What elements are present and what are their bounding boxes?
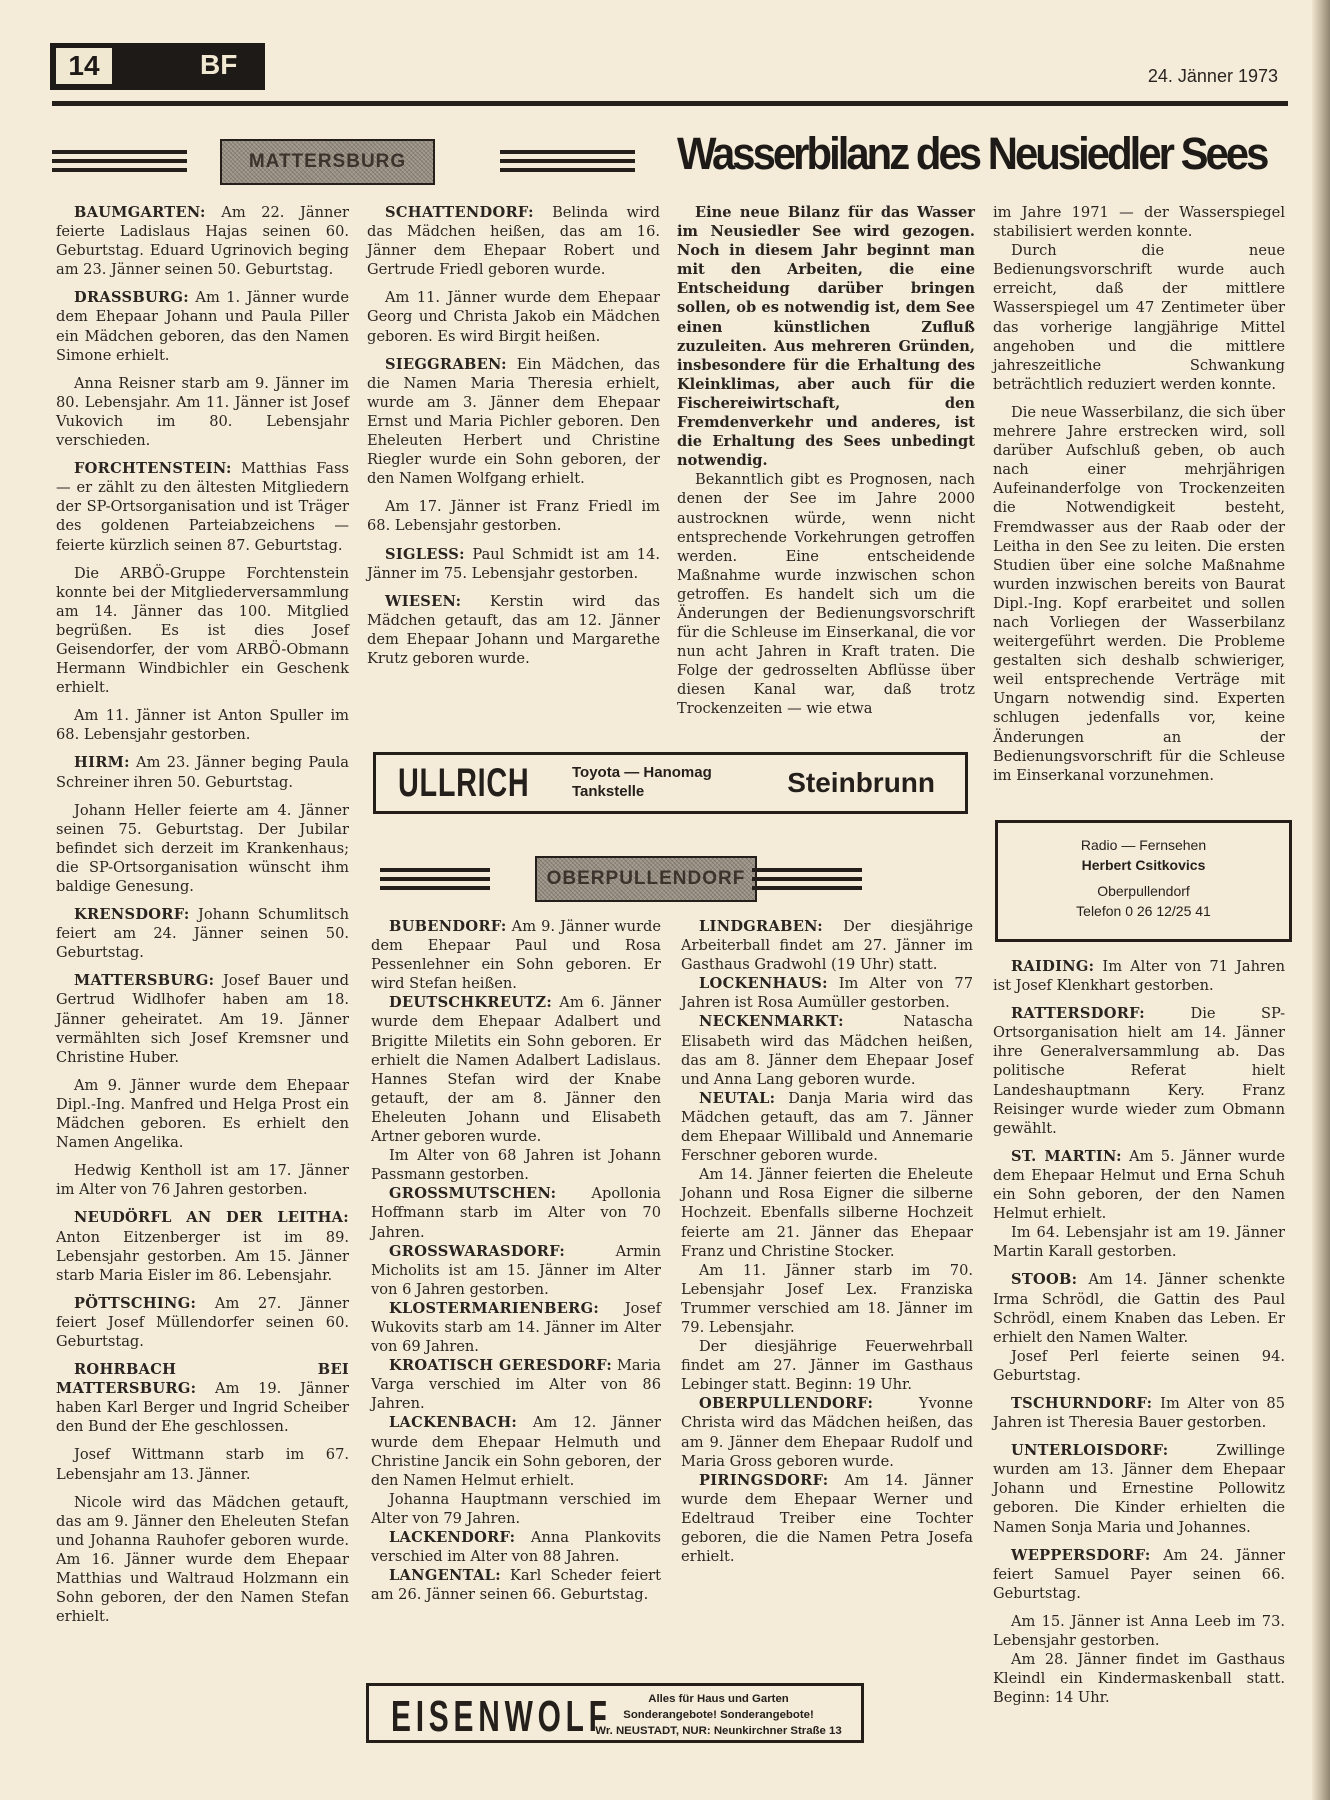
article-column-1: Eine neue Bilanz für das Wasser im Neusi… <box>677 203 975 719</box>
news-text: Am 28. Jänner findet im Gasthaus Kleindl… <box>993 1650 1285 1707</box>
place-name: HIRM: <box>74 754 130 771</box>
place-name: NEUTAL: <box>699 1090 775 1107</box>
section-banner-oberpullendorf: OBERPULLENDORF <box>535 856 757 902</box>
news-text: Die ARBÖ-Gruppe Forchtenstein konnte bei… <box>56 564 349 698</box>
place-name: OBERPULLENDORF: <box>699 1395 873 1412</box>
ad-services: Toyota — Hanomag Tankstelle <box>572 763 712 801</box>
news-text: Die SP-Ortsorganisation hielt am 14. Jän… <box>993 1005 1285 1137</box>
news-text: Im Alter von 68 Jahren ist Johann Passma… <box>371 1146 661 1184</box>
news-text: Anna Reisner starb am 9. Jänner im 80. L… <box>56 374 349 450</box>
ad-info: Alles für Haus und Garten Sonderangebote… <box>581 1691 856 1739</box>
place-name: LINDGRABEN: <box>699 918 823 935</box>
banner-rule-left <box>52 150 187 172</box>
ad-brand: ULLRICH <box>398 761 529 806</box>
news-text: Ein Mädchen, das die Namen Maria Theresi… <box>367 356 660 488</box>
banner-rule-left <box>380 868 490 890</box>
place-name: UNTERLOISDORF: <box>1011 1442 1168 1459</box>
place-name: LACKENDORF: <box>389 1529 515 1546</box>
place-name: BAUMGARTEN: <box>74 204 206 221</box>
news-text: Am 6. Jänner wurde dem Ehepaar Adalbert … <box>371 994 661 1145</box>
issue-date: 24. Jänner 1973 <box>1148 66 1278 87</box>
header-rule <box>52 101 1288 106</box>
news-text: Hedwig Kentholl ist am 17. Jänner im Alt… <box>56 1161 349 1199</box>
place-name: KLOSTERMARIENBERG: <box>389 1300 599 1317</box>
place-name: ST. MARTIN: <box>1011 1148 1122 1165</box>
column-oberpullendorf-1: BUBENDORF: Am 9. Jänner wurde dem Ehepaa… <box>371 917 661 1604</box>
article-lead: Eine neue Bilanz für das Wasser im Neusi… <box>677 203 975 470</box>
article-text: im Jahre 1971 — der Wasserspiegel stabil… <box>993 203 1285 241</box>
news-text: Josef Perl feierte seinen 94. Geburtstag… <box>993 1347 1285 1385</box>
place-name: SIEGGRABEN: <box>385 356 507 373</box>
ad-address: Wr. NEUSTADT, NUR: Neunkirchner Straße 1… <box>581 1723 856 1739</box>
place-name: NEUDÖRFL AN DER LEITHA: <box>74 1209 349 1226</box>
place-name: GROSSMUTSCHEN: <box>389 1185 556 1202</box>
place-name: PIRINGSDORF: <box>699 1472 828 1489</box>
news-text: Am 17. Jänner ist Franz Friedl im 68. Le… <box>367 497 660 535</box>
news-text: Am 11. Jänner starb im 70. Lebensjahr Jo… <box>681 1261 973 1337</box>
place-name: RATTERSDORF: <box>1011 1005 1145 1022</box>
ad-line: Alles für Haus und Garten <box>581 1691 856 1707</box>
news-text: Am 9. Jänner wurde dem Ehepaar Dipl.-Ing… <box>56 1076 349 1152</box>
article-text: Bekanntlich gibt es Prognosen, nach dene… <box>677 470 975 718</box>
place-name: SIGLESS: <box>385 546 465 563</box>
column-mattersburg-1: BAUMGARTEN: Am 22. Jänner feierte Ladisl… <box>56 203 349 1626</box>
banner-rule-right <box>500 150 635 172</box>
place-name: WIESEN: <box>385 593 461 610</box>
place-name: DRASSBURG: <box>74 289 189 306</box>
ad-phone: Telefon 0 26 12/25 41 <box>998 901 1289 921</box>
article-text: Durch die neue Bedienungsvorschrift wurd… <box>993 241 1285 394</box>
place-name: PÖTTSCHING: <box>74 1295 196 1312</box>
page-edge-shadow <box>1312 0 1330 1800</box>
section-banner-mattersburg: MATTERSBURG <box>220 139 435 185</box>
place-name: DEUTSCHKREUTZ: <box>389 994 552 1011</box>
place-name: NECKENMARKT: <box>699 1013 844 1030</box>
place-name: GROSSWARASDORF: <box>389 1243 565 1260</box>
place-name: MATTERSBURG: <box>74 972 214 989</box>
ad-name: Herbert Csitkovics <box>998 855 1289 875</box>
article-text: Die neue Wasserbilanz, die sich über meh… <box>993 403 1285 785</box>
article-column-2: im Jahre 1971 — der Wasserspiegel stabil… <box>993 203 1285 785</box>
place-name: KROATISCH GERESDORF: <box>389 1357 612 1374</box>
news-text: Am 11. Jänner wurde dem Ehepaar Georg un… <box>367 288 660 345</box>
news-text: Johann Heller feierte am 4. Jänner seine… <box>56 801 349 896</box>
place-name: STOOB: <box>1011 1271 1077 1288</box>
section-code: BF <box>200 49 237 81</box>
ad-line: Radio — Fernsehen <box>998 835 1289 855</box>
column-oberpullendorf-3: RAIDING: Im Alter von 71 Jahren ist Jose… <box>993 957 1285 1707</box>
place-name: BUBENDORF: <box>389 918 507 935</box>
place-name: LACKENBACH: <box>389 1414 517 1431</box>
place-name: KRENSDORF: <box>74 906 190 923</box>
place-name: TSCHURNDORF: <box>1011 1395 1152 1412</box>
ad-radio-csitkovics: Radio — Fernsehen Herbert Csitkovics Obe… <box>995 820 1292 942</box>
place-name: RAIDING: <box>1011 958 1094 975</box>
ad-line: Tankstelle <box>572 782 712 801</box>
place-name: SCHATTENDORF: <box>385 204 534 221</box>
news-text: Anton Eitzenberger ist im 89. Lebensjahr… <box>56 1229 349 1284</box>
news-text: Am 15. Jänner ist Anna Leeb im 73. Leben… <box>993 1612 1285 1650</box>
ad-line: Sonderangebote! Sonderangebote! <box>581 1707 856 1723</box>
news-text: Der diesjährige Feuerwehrball findet am … <box>681 1337 973 1394</box>
page-header-box: 14 BF <box>50 43 265 90</box>
banner-rule-right <box>752 868 862 890</box>
place-name: LOCKENHAUS: <box>699 975 828 992</box>
ad-town: Oberpullendorf <box>998 881 1289 901</box>
ad-town: Steinbrunn <box>787 767 935 799</box>
place-name: WEPPERSDORF: <box>1011 1547 1151 1564</box>
place-name: FORCHTENSTEIN: <box>74 460 232 477</box>
column-mattersburg-2: SCHATTENDORF: Belinda wird das Mädchen h… <box>367 203 660 668</box>
column-oberpullendorf-2: LINDGRABEN: Der diesjährige Arbeiterball… <box>681 917 973 1566</box>
news-text: Im 64. Lebensjahr ist am 19. Jänner Mart… <box>993 1223 1285 1261</box>
ad-brand: EISENWOLF <box>391 1692 612 1742</box>
ad-line: Toyota — Hanomag <box>572 763 712 782</box>
news-text: Johanna Hauptmann verschied im Alter von… <box>371 1490 661 1528</box>
page-number: 14 <box>56 48 112 84</box>
news-text: Josef Wittmann starb im 67. Lebensjahr a… <box>56 1445 349 1483</box>
news-text: Am 14. Jänner feierten die Eheleute Joha… <box>681 1165 973 1260</box>
news-text: Nicole wird das Mädchen getauft, das am … <box>56 1493 349 1627</box>
ad-ullrich: ULLRICH Toyota — Hanomag Tankstelle Stei… <box>373 752 968 814</box>
place-name: LANGENTAL: <box>389 1567 501 1584</box>
headline: Wasserbilanz des Neusiedler Sees <box>677 128 1244 188</box>
ad-eisenwolf: EISENWOLF Alles für Haus und Garten Sond… <box>366 1683 864 1743</box>
news-text: Am 11. Jänner ist Anton Spuller im 68. L… <box>56 706 349 744</box>
